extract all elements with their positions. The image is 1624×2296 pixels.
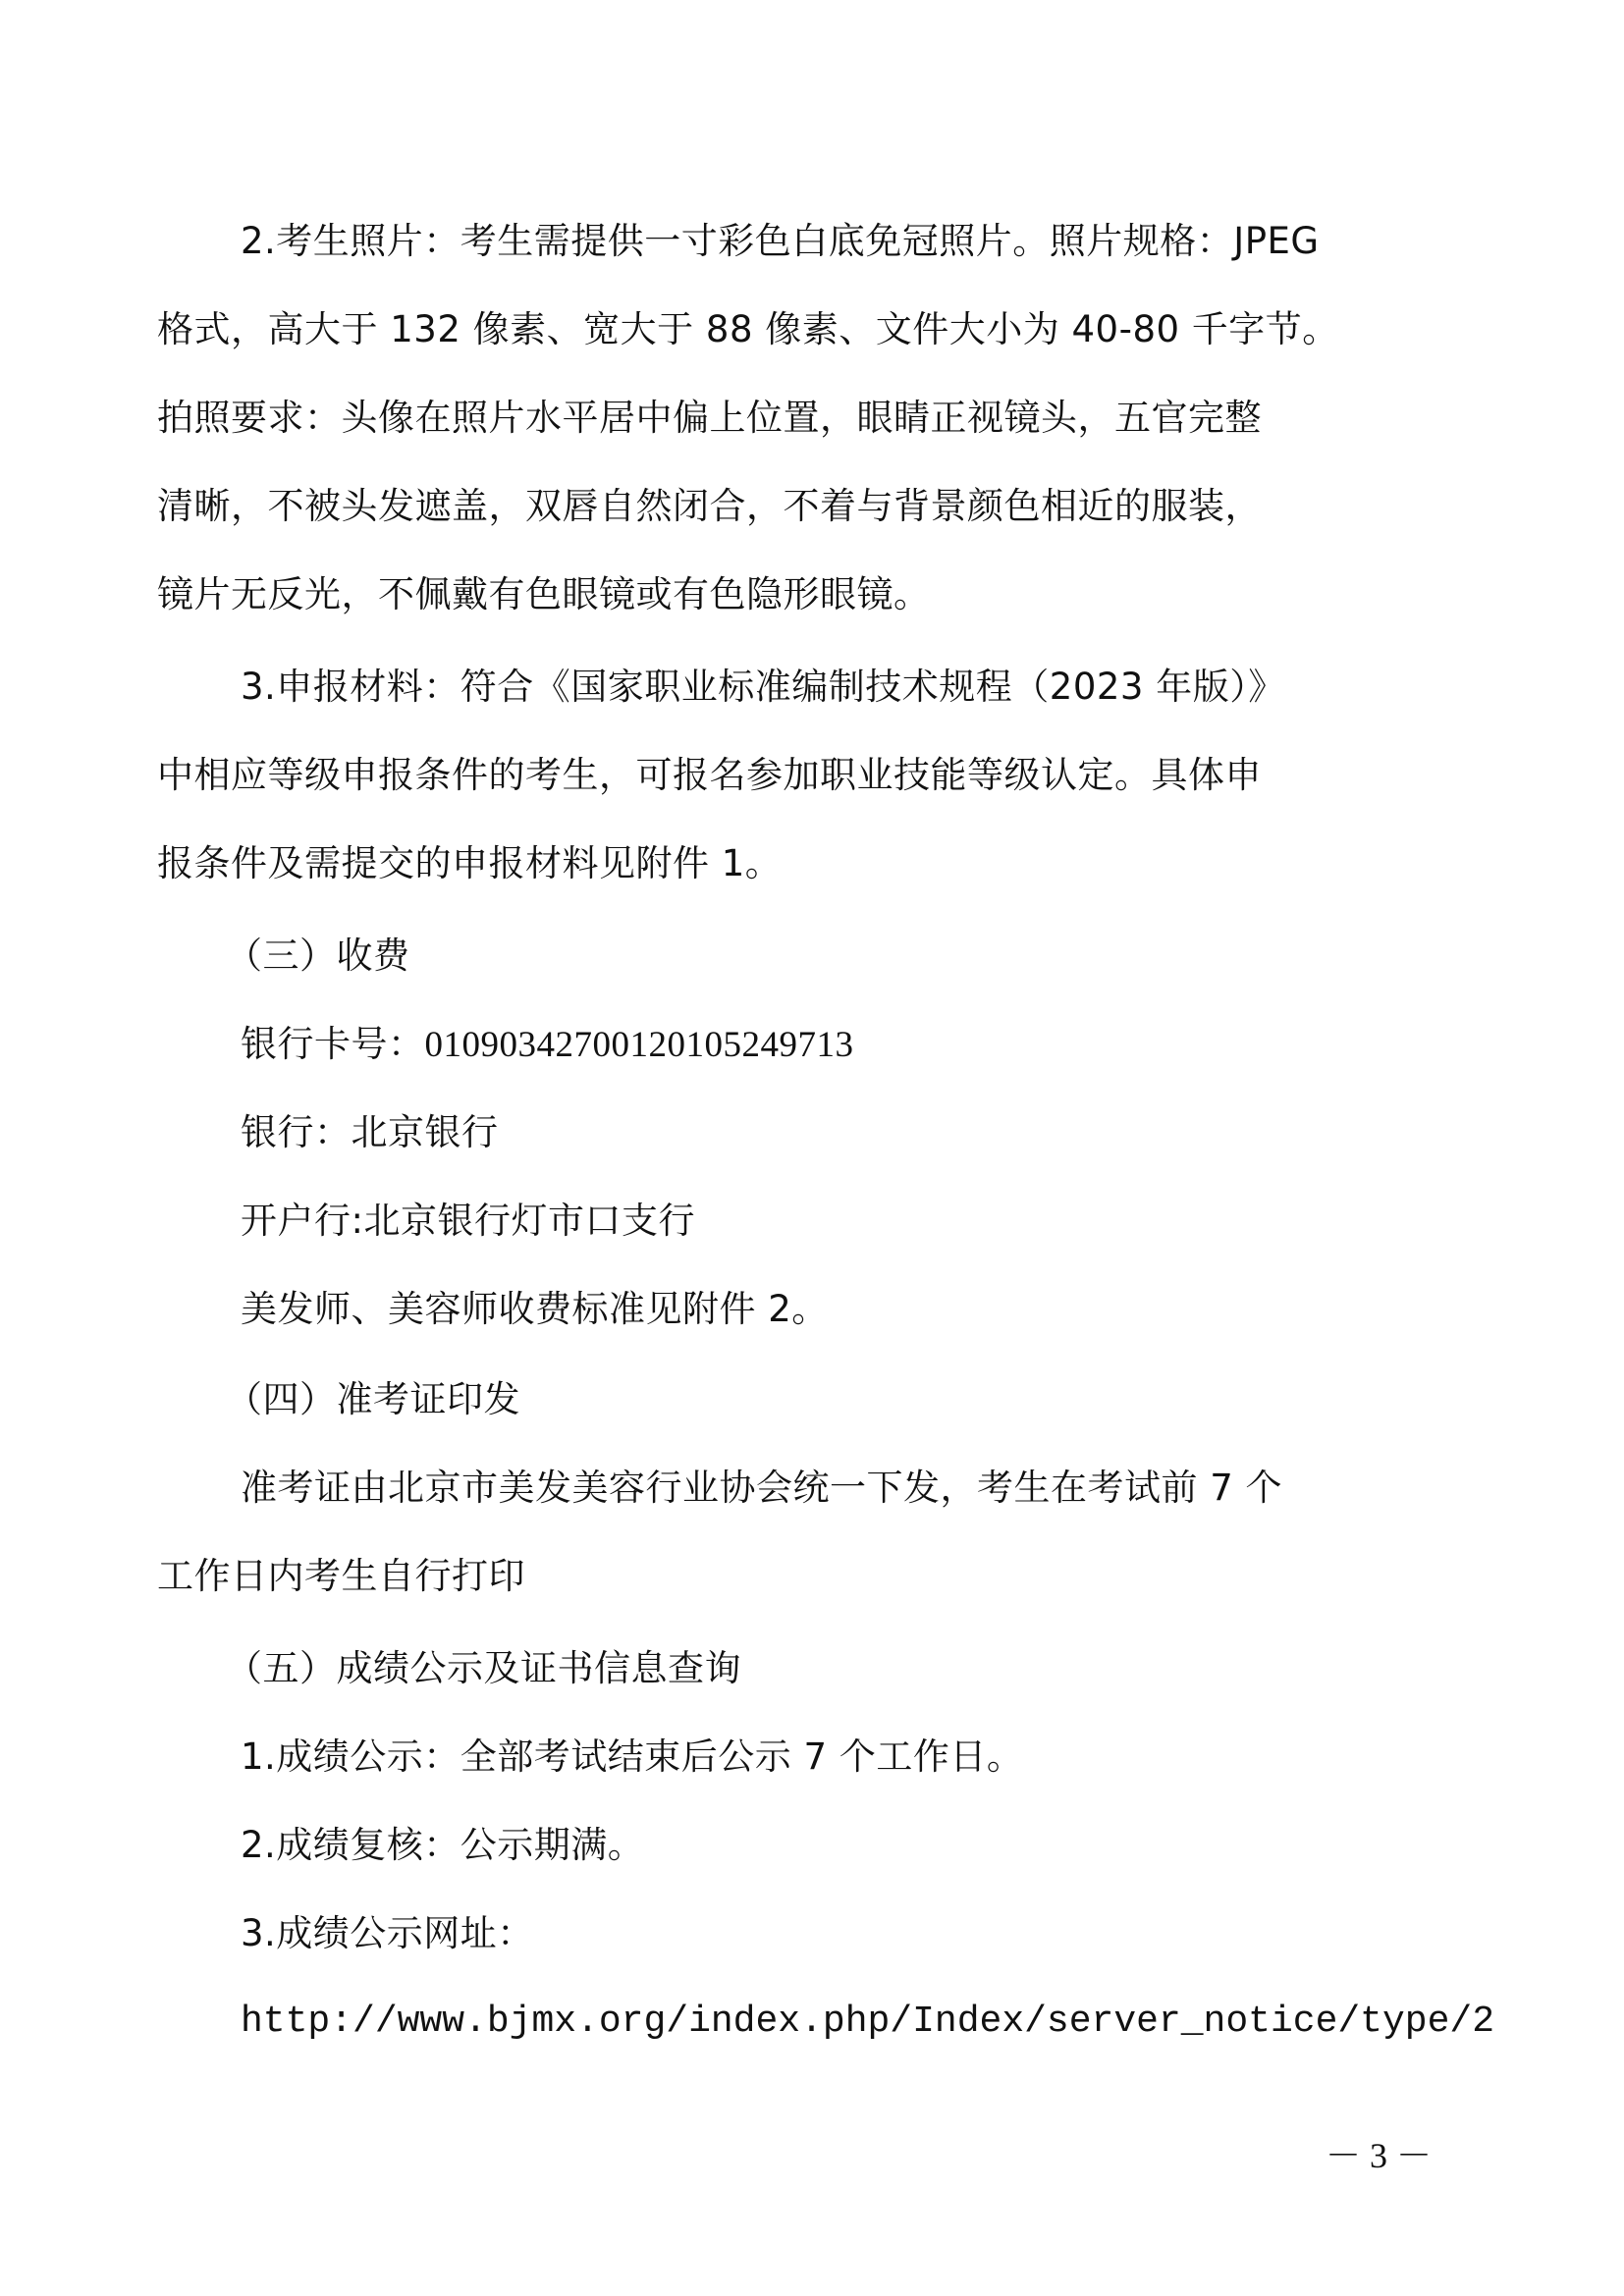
bank-name-line: 银行：北京银行 (241, 1109, 1527, 1156)
photo-requirements-line-1: 2.考生照片：考生需提供一寸彩色白底免冠照片。照片规格：JPEG (241, 218, 1527, 265)
application-materials-line-3: 报条件及需提交的申报材料见附件 1。 (157, 840, 1443, 887)
results-item-1: 1.成绩公示：全部考试结束后公示 7 个工作日。 (241, 1734, 1527, 1781)
document-page: 2.考生照片：考生需提供一寸彩色白底免冠照片。照片规格：JPEG 格式，高大于 … (0, 0, 1624, 2296)
photo-requirements-line-3: 拍照要求：头像在照片水平居中偏上位置，眼睛正视镜头，五官完整 (157, 395, 1443, 442)
admission-heading: （四）准考证印发 (226, 1376, 1512, 1423)
fees-heading: （三）收费 (226, 933, 1512, 980)
photo-requirements-line-4: 清晰，不被头发遮盖，双唇自然闭合，不着与背景颜色相近的服装， (157, 483, 1443, 530)
results-url-link[interactable]: http://www.bjmx.org/index.php/Index/serv… (241, 1999, 1527, 2046)
bank-card-label: 银行卡号： (241, 1023, 425, 1065)
bank-branch-line: 开户行:北京银行灯市口支行 (241, 1198, 1527, 1245)
admission-line-2: 工作日内考生自行打印 (157, 1553, 1443, 1600)
application-materials-line-2: 中相应等级申报条件的考生，可报名参加职业技能等级认定。具体申 (157, 752, 1443, 799)
bank-card-number: 01090342700120105249713 (425, 1025, 854, 1065)
page-number: － 3 － (1326, 2136, 1432, 2175)
bank-card-line: 银行卡号：01090342700120105249713 (241, 1021, 1527, 1068)
photo-requirements-line-2: 格式，高大于 132 像素、宽大于 88 像素、文件大小为 40-80 千字节。 (157, 306, 1443, 353)
results-item-3: 3.成绩公示网址： (241, 1910, 1527, 1957)
application-materials-line-1: 3.申报材料：符合《国家职业标准编制技术规程（2023 年版）》 (241, 664, 1527, 711)
results-item-2: 2.成绩复核：公示期满。 (241, 1822, 1527, 1869)
admission-line-1: 准考证由北京市美发美容行业协会统一下发，考生在考试前 7 个 (241, 1465, 1527, 1512)
photo-requirements-line-5: 镜片无反光，不佩戴有色眼镜或有色隐形眼镜。 (157, 571, 1443, 618)
fee-standard-line: 美发师、美容师收费标准见附件 2。 (241, 1286, 1527, 1333)
results-heading: （五）成绩公示及证书信息查询 (226, 1645, 1512, 1692)
